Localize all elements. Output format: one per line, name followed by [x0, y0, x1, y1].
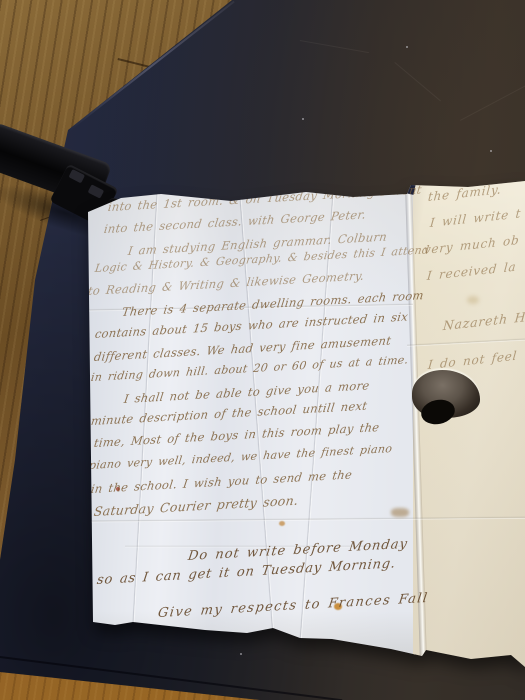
age-stain: [279, 521, 285, 526]
dust-speck: [406, 46, 408, 48]
handwritten-letter: into the 1st room. & on Tuesday Morning …: [85, 178, 525, 670]
foxing-spot: [467, 296, 479, 304]
letter-paper: into the 1st room. & on Tuesday Morning …: [85, 178, 525, 670]
photograph-of-letter: into the 1st room. & on Tuesday Morning …: [0, 0, 525, 700]
clamp-tooth: [68, 169, 85, 183]
dust-speck: [490, 150, 492, 152]
age-stain: [391, 508, 409, 517]
dust-speck: [302, 118, 304, 120]
